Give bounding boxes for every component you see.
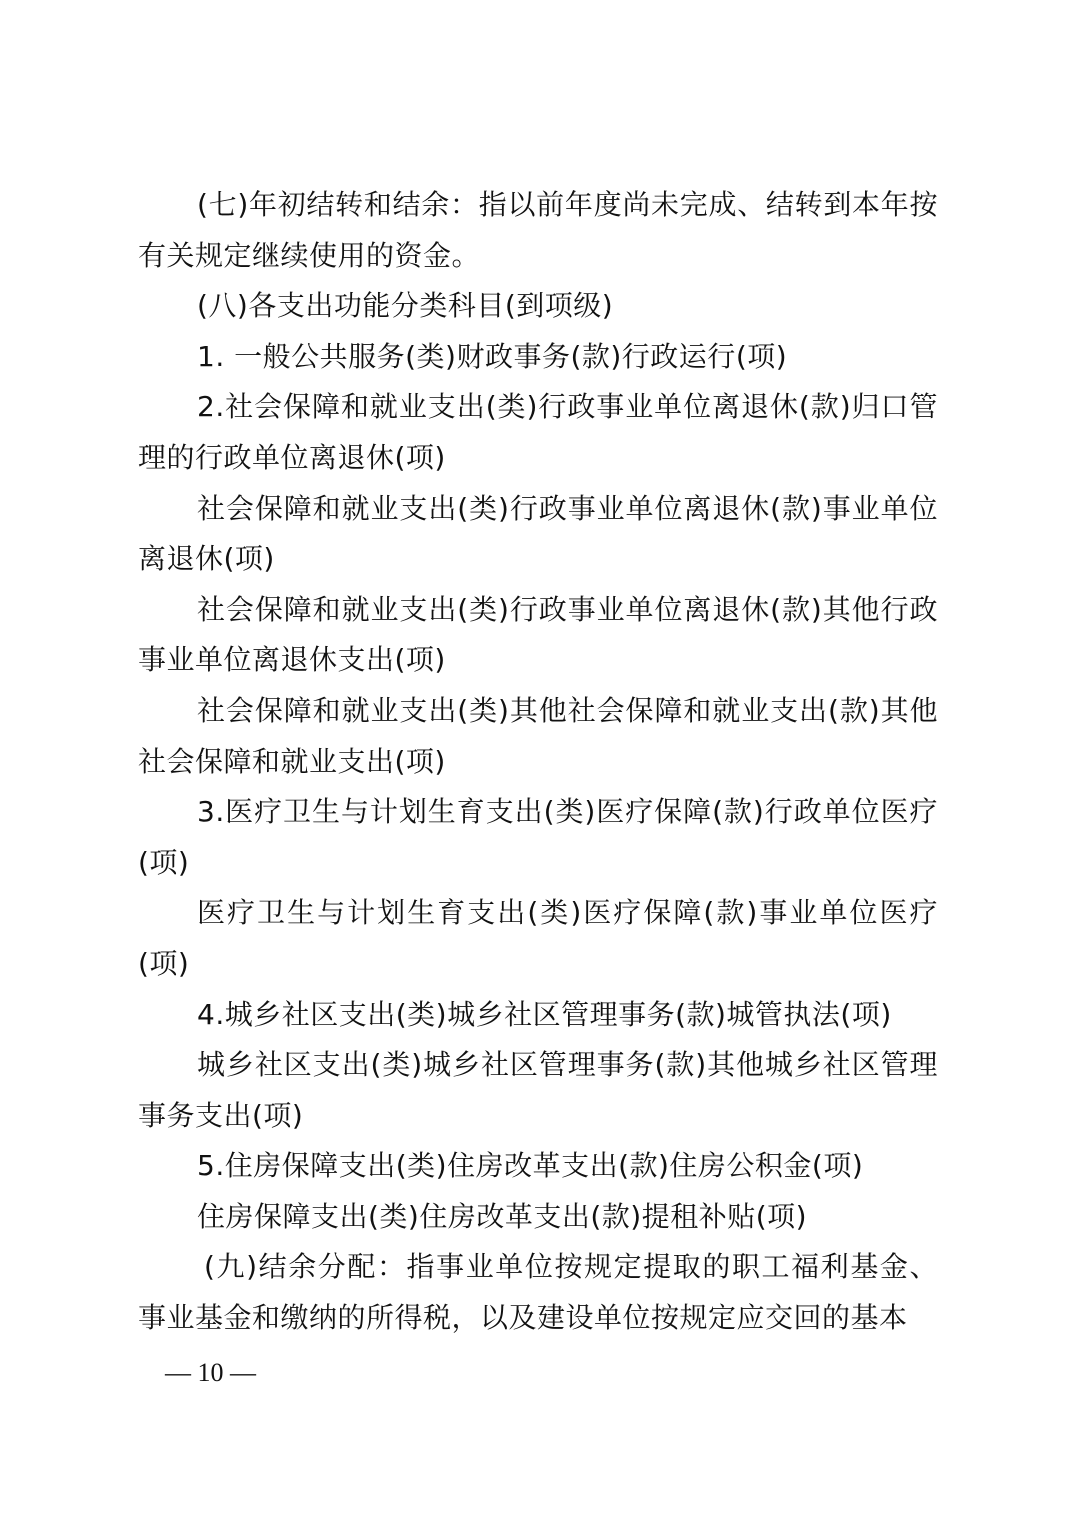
paragraph-medical-institution: 医疗卫生与计划生育支出(类)医疗保障(款)事业单位医疗(项) <box>138 888 938 989</box>
paragraph-section-9-surplus-distribution: (九)结余分配：指事业单位按规定提取的职工福利基金、事业基金和缴纳的所得税，以及… <box>138 1242 938 1343</box>
paragraph-item-1-general-public-services: 1. 一般公共服务(类)财政事务(款)行政运行(项) <box>138 332 938 383</box>
paragraph-carryover-definition: (七)年初结转和结余：指以前年度尚未完成、结转到本年按有关规定继续使用的资金。 <box>138 180 938 281</box>
paragraph-social-security-other: 社会保障和就业支出(类)其他社会保障和就业支出(款)其他社会保障和就业支出(项) <box>138 686 938 787</box>
paragraph-item-3-medical-admin: 3.医疗卫生与计划生育支出(类)医疗保障(款)行政单位医疗(项) <box>138 787 938 888</box>
paragraph-housing-rent-subsidy: 住房保障支出(类)住房改革支出(款)提租补贴(项) <box>138 1192 938 1243</box>
document-body: (七)年初结转和结余：指以前年度尚未完成、结转到本年按有关规定继续使用的资金。 … <box>138 180 938 1344</box>
paragraph-item-4-urban-enforcement: 4.城乡社区支出(类)城乡社区管理事务(款)城管执法(项) <box>138 990 938 1041</box>
paragraph-urban-other: 城乡社区支出(类)城乡社区管理事务(款)其他城乡社区管理事务支出(项) <box>138 1040 938 1141</box>
paragraph-social-security-other-retirement: 社会保障和就业支出(类)行政事业单位离退休(款)其他行政事业单位离退休支出(项) <box>138 585 938 686</box>
paragraph-section-8-heading: (八)各支出功能分类科目(到项级) <box>138 281 938 332</box>
paragraph-social-security-institution-retirement: 社会保障和就业支出(类)行政事业单位离退休(款)事业单位离退休(项) <box>138 484 938 585</box>
page-number: — 10 — <box>165 1358 256 1388</box>
paragraph-item-2-social-security-admin-retirement: 2.社会保障和就业支出(类)行政事业单位离退休(款)归口管理的行政单位离退休(项… <box>138 382 938 483</box>
paragraph-item-5-housing-fund: 5.住房保障支出(类)住房改革支出(款)住房公积金(项) <box>138 1141 938 1192</box>
